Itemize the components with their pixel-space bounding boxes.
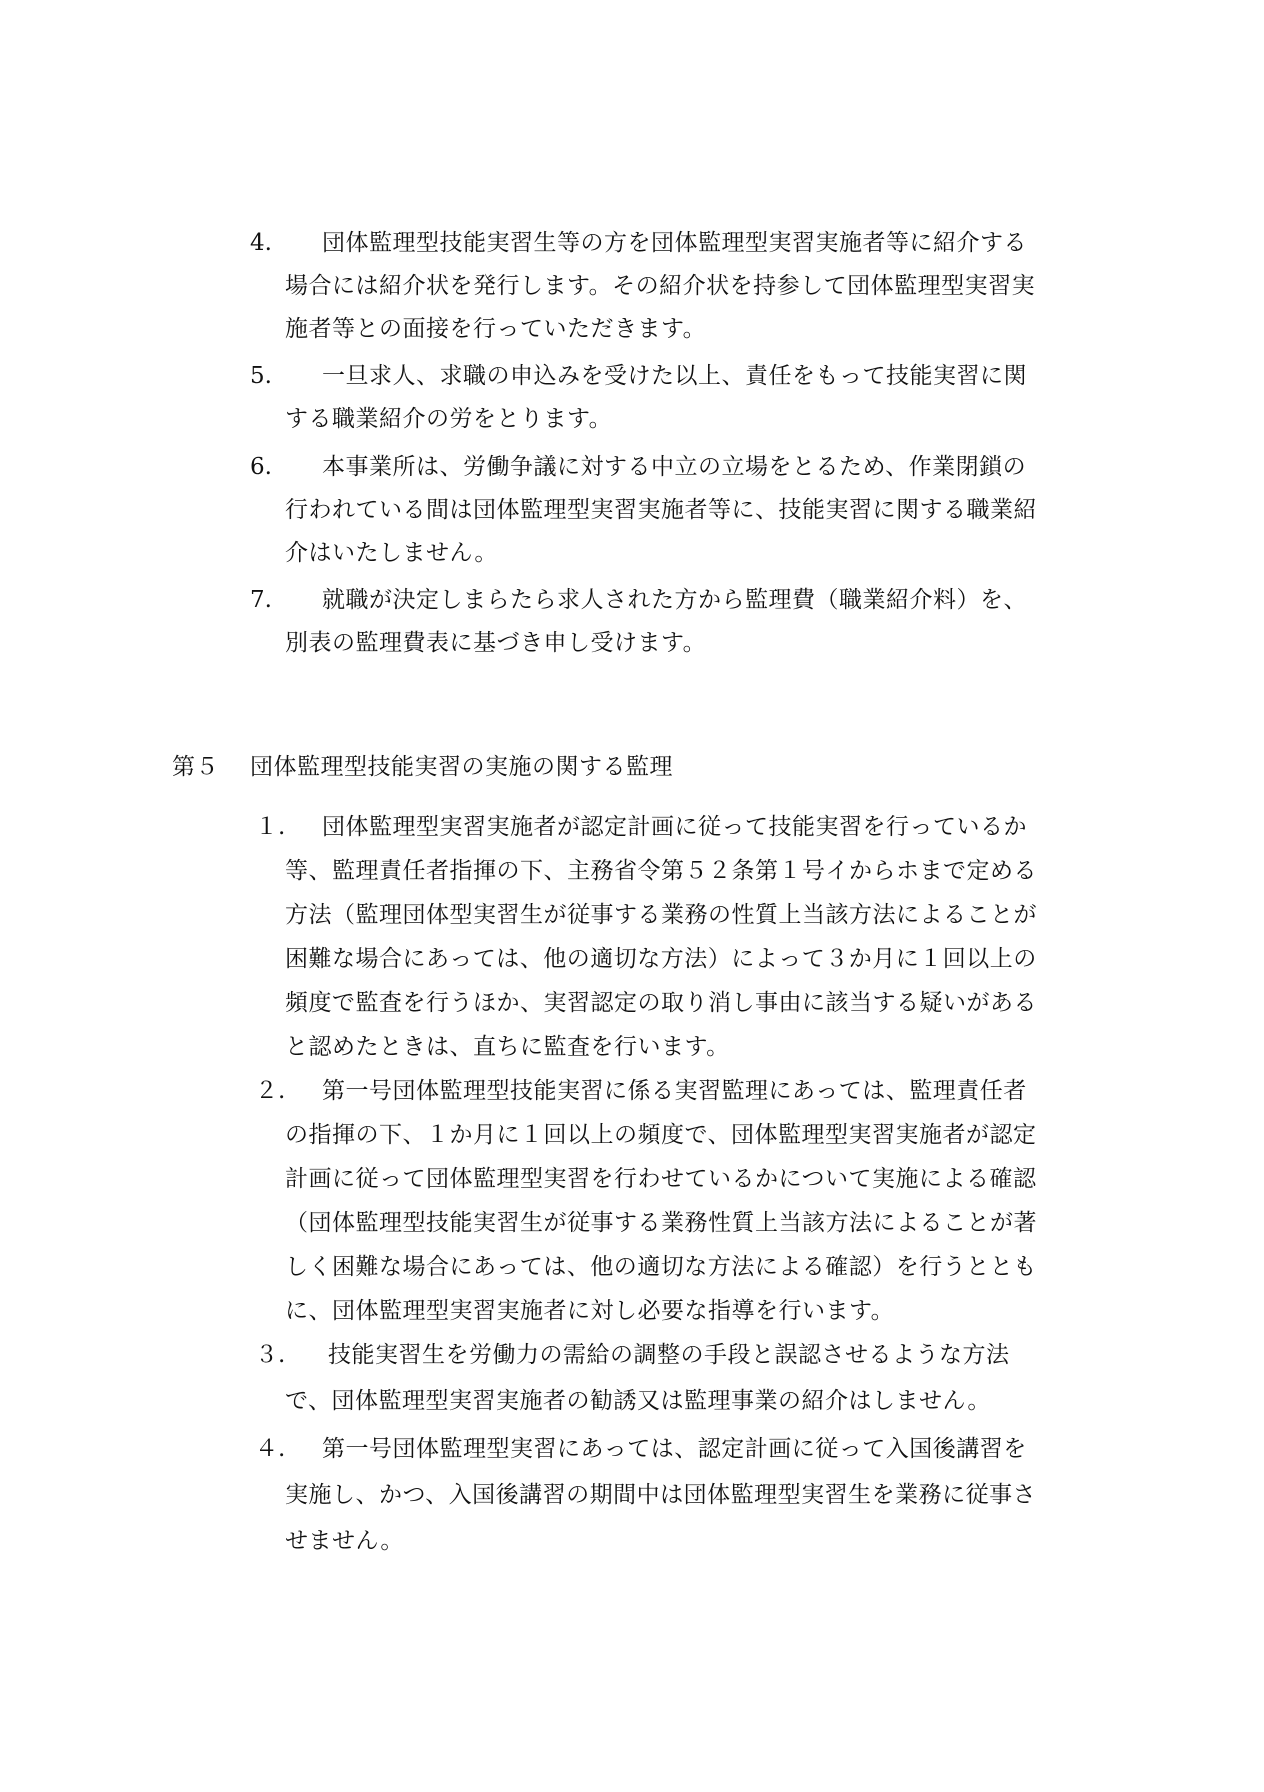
list-item-line: 技能実習生を労働力の需給の調整の手段と誤認させるような方法 bbox=[328, 1340, 1010, 1370]
list-item-number: 7. bbox=[250, 585, 272, 615]
list-item-line: せません。 bbox=[285, 1526, 404, 1556]
list-item-line: する職業紹介の労をとります。 bbox=[285, 404, 612, 434]
list-item-line: しく困難な場合にあっては、他の適切な方法による確認）を行うととも bbox=[285, 1252, 1037, 1282]
list-item-line: （団体監理型技能実習生が従事する業務性質上当該方法によることが著 bbox=[285, 1208, 1037, 1238]
list-item-line: 団体監理型技能実習生等の方を団体監理型実習実施者等に紹介する bbox=[322, 228, 1027, 258]
list-item-line: の指揮の下、１か月に１回以上の頻度で、団体監理型実習実施者が認定 bbox=[285, 1120, 1037, 1150]
list-item-number: 6. bbox=[250, 452, 272, 482]
section-title: 団体監理型技能実習の実施の関する監理 bbox=[250, 754, 673, 780]
list-item-line: 第一号団体監理型実習にあっては、認定計画に従って入国後講習を bbox=[322, 1434, 1027, 1464]
list-item-number: ３. bbox=[255, 1340, 285, 1370]
list-item-line: 別表の監理費表に基づき申し受けます。 bbox=[285, 628, 706, 658]
list-item-line: 場合には紹介状を発行します。その紹介状を持参して団体監理型実習実 bbox=[285, 271, 1035, 301]
list-item-line: に、団体監理型実習実施者に対し必要な指導を行います。 bbox=[285, 1296, 894, 1326]
list-item-line: 困難な場合にあっては、他の適切な方法）によって３か月に１回以上の bbox=[285, 944, 1037, 974]
section-number: 第５ bbox=[172, 752, 250, 782]
list-item-number: 5. bbox=[250, 361, 272, 391]
list-item-line: 実施し、かつ、入国後講習の期間中は団体監理型実習生を業務に従事さ bbox=[285, 1480, 1036, 1510]
list-item-line: で、団体監理型実習実施者の勧誘又は監理事業の紹介はしません。 bbox=[285, 1386, 991, 1416]
list-item-line: 団体監理型実習実施者が認定計画に従って技能実習を行っているか bbox=[322, 812, 1027, 842]
list-item-line: 頻度で監査を行うほか、実習認定の取り消し事由に該当する疑いがある bbox=[285, 988, 1037, 1018]
list-item-line: と認めたときは、直ちに監査を行います。 bbox=[285, 1032, 730, 1062]
section-heading: 第５団体監理型技能実習の実施の関する監理 bbox=[172, 752, 673, 782]
document-page: 4. 団体監理型技能実習生等の方を団体監理型実習実施者等に紹介する 場合には紹介… bbox=[0, 0, 1264, 1792]
list-item-number: １. bbox=[255, 812, 285, 842]
list-item-line: 第一号団体監理型技能実習に係る実習監理にあっては、監理責任者 bbox=[322, 1076, 1027, 1106]
list-item-line: 就職が決定しまらたら求人された方から監理費（職業紹介料）を、 bbox=[322, 585, 1027, 615]
list-item-line: 計画に従って団体監理型実習を行わせているかについて実施による確認 bbox=[285, 1164, 1037, 1194]
list-item-line: 行われている間は団体監理型実習実施者等に、技能実習に関する職業紹 bbox=[285, 495, 1037, 525]
list-item-number: 4. bbox=[250, 228, 272, 258]
list-item-line: 施者等との面接を行っていただきます。 bbox=[285, 314, 706, 344]
list-item-line: 方法（監理団体型実習生が従事する業務の性質上当該方法によることが bbox=[285, 900, 1037, 930]
list-item-number: ４. bbox=[255, 1434, 285, 1464]
list-item-number: ２. bbox=[255, 1076, 285, 1106]
list-item-line: 等、監理責任者指揮の下、主務省令第５２条第１号イからホまで定める bbox=[285, 856, 1037, 886]
list-item-line: 介はいたしません。 bbox=[285, 538, 498, 568]
list-item-line: 本事業所は、労働争議に対する中立の立場をとるため、作業閉鎖の bbox=[322, 452, 1026, 482]
list-item-line: 一旦求人、求職の申込みを受けた以上、責任をもって技能実習に関 bbox=[322, 361, 1027, 391]
